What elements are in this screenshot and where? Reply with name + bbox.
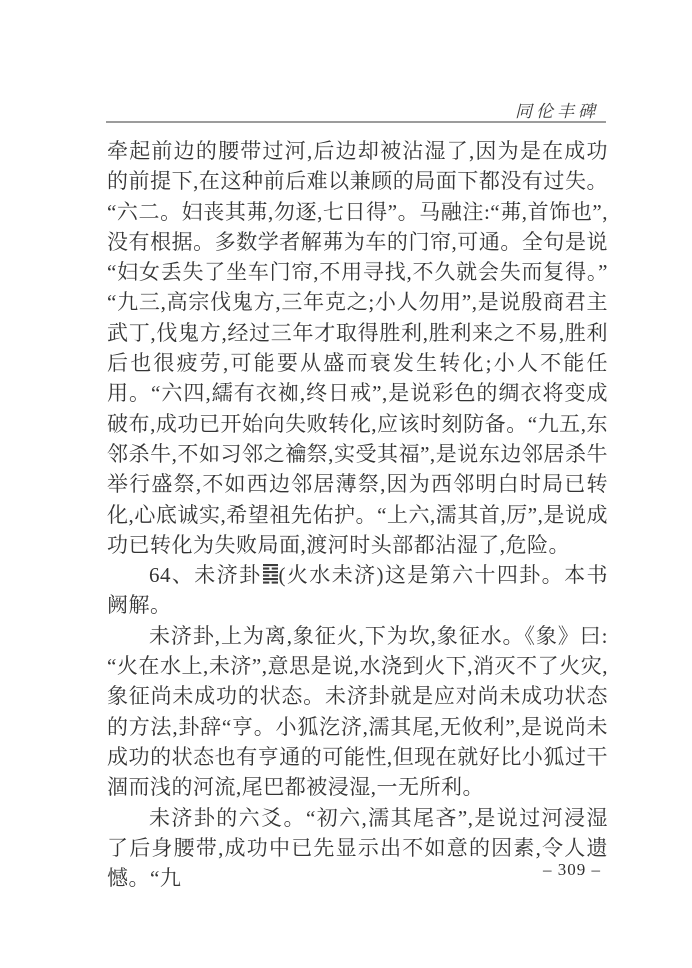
paragraph-text: 牵起前边的腰带过河,后边却被沾湿了,因为是在成功的前提下,在这种前后难以兼顾的局… [107, 139, 608, 557]
hexagram-weiji-icon [263, 564, 278, 584]
page-number: – 309 – [107, 860, 601, 880]
paragraph: 64、未济卦 (火水未济)这是第六十四卦。本书阙解。 [107, 560, 608, 621]
page-body: 牵起前边的腰带过河,后边却被沾湿了,因为是在成功的前提下,在这种前后难以兼顾的局… [107, 136, 608, 893]
paragraph-text: 未济卦,上为离,象征火,下为坎,象征水。《象》曰:“火在水上,未济”,意思是说,… [107, 624, 608, 799]
paragraph: 未济卦,上为离,象征火,下为坎,象征水。《象》曰:“火在水上,未济”,意思是说,… [107, 621, 608, 803]
book-page: 同伦丰碑 牵起前边的腰带过河,后边却被沾湿了,因为是在成功的前提下,在这种前后难… [0, 0, 692, 968]
running-title: 同伦丰碑 [107, 97, 599, 122]
header-rule [106, 121, 606, 123]
paragraph-text: 64、未济卦 [149, 563, 262, 587]
paragraph: 牵起前边的腰带过河,后边却被沾湿了,因为是在成功的前提下,在这种前后难以兼顾的局… [107, 136, 608, 560]
